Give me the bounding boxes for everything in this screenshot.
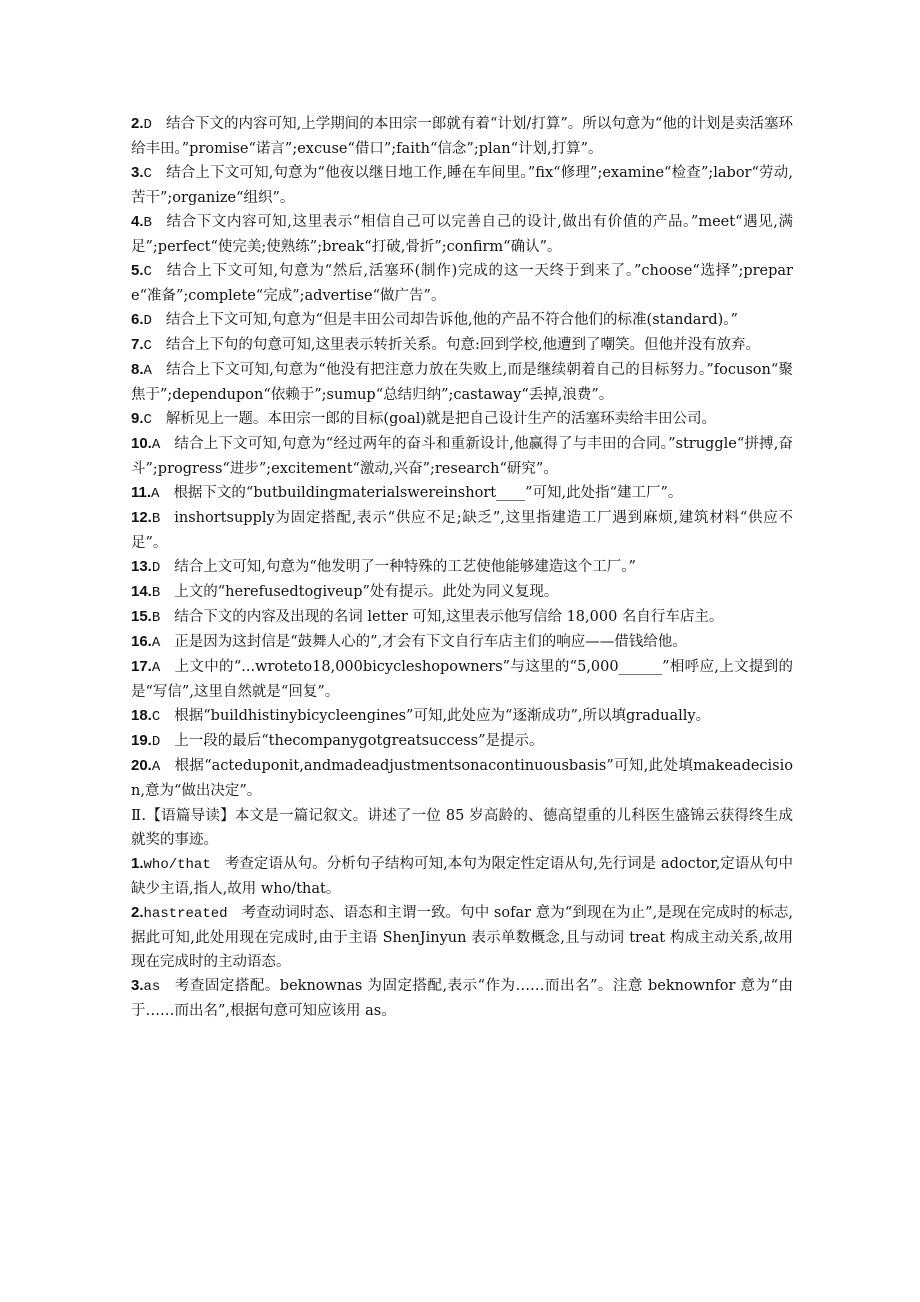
item-answer: who/that (144, 857, 211, 873)
item-number: 2. (131, 904, 144, 921)
item-number: 2. (131, 115, 144, 132)
section-intro-text: 【语篇导读】本文是一篇记叙文。讲述了一位 85 岁高龄的、德高望重的儿科医生盛锦… (131, 808, 793, 848)
item-answer: C (152, 709, 160, 725)
section-number: Ⅱ. (131, 806, 146, 824)
item-answer: A (152, 635, 160, 651)
answer-item-13: 13.D结合上文可知,句意为“他发明了一种特殊的工艺使他能够建造这个工厂。” (131, 555, 793, 580)
answer-item-9: 9.C解析见上一题。本田宗一郎的目标(goal)就是把自己设计生产的活塞环卖给丰… (131, 407, 793, 432)
item-number: 7. (131, 336, 144, 353)
answer-item-18: 18.C根据“buildhistinybicycleengines”可知,此处应… (131, 704, 793, 729)
answer-item-17: 17.A上文中的“...wroteto18,000bicycleshopowne… (131, 655, 793, 704)
item-explanation: 正是因为这封信是“鼓舞人心的”,才会有下文自行车店主们的响应——借钱给他。 (174, 634, 686, 650)
answer-item-12: 12.Binshortsupply为固定搭配,表示“供应不足;缺乏”,这里指建造… (131, 506, 793, 555)
item-answer: B (144, 215, 152, 231)
item-number: 11. (131, 484, 151, 501)
answer-item-4: 4.B结合下文内容可知,这里表示“相信自己可以完善自己的设计,做出有价值的产品。… (131, 210, 793, 259)
item-number: 12. (131, 509, 152, 526)
item-explanation: 考查固定搭配。beknownas 为固定搭配,表示“作为……而出名”。注意 be… (131, 978, 793, 1019)
item-number: 1. (131, 855, 144, 872)
item-explanation: 上文中的“...wroteto18,000bicycleshopowners”与… (131, 659, 793, 700)
item-explanation: 结合上下文可知,句意为“他夜以继日地工作,睡在车间里。”fix“修理”;exam… (131, 165, 793, 206)
item-answer: A (152, 437, 160, 453)
grammar-answer-3: 3.as考查固定搭配。beknownas 为固定搭配,表示“作为……而出名”。注… (131, 974, 793, 1023)
item-answer: C (144, 264, 152, 280)
item-number: 14. (131, 583, 152, 600)
item-answer: A (152, 759, 160, 775)
item-number: 8. (131, 361, 144, 378)
item-explanation: 结合上下文可知,句意为“经过两年的奋斗和重新设计,他赢得了与丰田的合同。”str… (131, 436, 793, 477)
item-explanation: 根据“buildhistinybicycleengines”可知,此处应为“逐渐… (174, 708, 710, 724)
item-explanation: 结合上文可知,句意为“他发明了一种特殊的工艺使他能够建造这个工厂。” (174, 559, 636, 575)
answer-item-7: 7.C结合上下句的句意可知,这里表示转折关系。句意:回到学校,他遭到了嘲笑。但他… (131, 333, 793, 358)
item-number: 9. (131, 410, 144, 427)
item-number: 3. (131, 977, 144, 994)
item-answer: D (144, 313, 152, 329)
item-answer: A (152, 660, 160, 676)
item-number: 15. (131, 608, 152, 625)
item-explanation: 结合下文的内容可知,上学期间的本田宗一郎就有着“计划/打算”。所以句意为“他的计… (131, 116, 793, 157)
item-answer: B (152, 610, 160, 626)
item-answer: D (152, 560, 160, 576)
item-answer: B (152, 585, 160, 601)
grammar-answer-1: 1.who/that考查定语从句。分析句子结构可知,本句为限定性定语从句,先行词… (131, 852, 793, 901)
answer-item-5: 5.C结合上下文可知,句意为“然后,活塞环(制作)完成的这一天终于到来了。”ch… (131, 259, 793, 308)
item-explanation: 上一段的最后“thecompanygotgreatsuccess”是提示。 (174, 733, 543, 749)
answer-item-16: 16.A正是因为这封信是“鼓舞人心的”,才会有下文自行车店主们的响应——借钱给他… (131, 630, 793, 655)
item-number: 17. (131, 658, 152, 675)
grammar-answer-2: 2.hastreated考查动词时态、语态和主谓一致。句中 sofar 意为“到… (131, 901, 793, 974)
item-explanation: 结合下文内容可知,这里表示“相信自己可以完善自己的设计,做出有价值的产品。”me… (131, 214, 793, 255)
item-explanation: 解析见上一题。本田宗一郎的目标(goal)就是把自己设计生产的活塞环卖给丰田公司… (166, 411, 716, 427)
item-answer: C (144, 412, 152, 428)
item-number: 5. (131, 262, 144, 279)
item-explanation: 考查动词时态、语态和主谓一致。句中 sofar 意为“到现在为止”,是现在完成时… (131, 905, 793, 970)
answer-item-14: 14.B上文的“herefusedtogiveup”处有提示。此处为同义复现。 (131, 580, 793, 605)
item-answer: D (144, 117, 152, 133)
answer-item-8: 8.A结合上下文可知,句意为“他没有把注意力放在失败上,而是继续朝着自己的目标努… (131, 358, 793, 407)
item-answer: as (144, 979, 161, 995)
item-explanation: 结合上下句的句意可知,这里表示转折关系。句意:回到学校,他遭到了嘲笑。但他并没有… (166, 337, 760, 353)
item-number: 3. (131, 164, 144, 181)
answer-item-3: 3.C结合上下文可知,句意为“他夜以继日地工作,睡在车间里。”fix“修理”;e… (131, 161, 793, 210)
item-number: 20. (131, 757, 152, 774)
item-answer: C (144, 166, 152, 182)
item-number: 16. (131, 633, 152, 650)
item-explanation: 结合上下文可知,句意为“然后,活塞环(制作)完成的这一天终于到来了。”choos… (131, 263, 793, 304)
item-explanation: 结合下文的内容及出现的名词 letter 可知,这里表示他写信给 18,000 … (174, 609, 723, 625)
section-2-intro: Ⅱ.【语篇导读】本文是一篇记叙文。讲述了一位 85 岁高龄的、德高望重的儿科医生… (131, 803, 793, 852)
item-number: 4. (131, 213, 144, 230)
item-answer: D (152, 734, 160, 750)
item-explanation: 根据“acteduponit,andmadeadjustmentsonacont… (131, 758, 793, 799)
item-number: 13. (131, 558, 152, 575)
item-number: 10. (131, 435, 152, 452)
item-explanation: 结合上下文可知,句意为“但是丰田公司却告诉他,他的产品不符合他们的标准(stan… (166, 312, 738, 328)
item-explanation: inshortsupply为固定搭配,表示“供应不足;缺乏”,这里指建造工厂遇到… (131, 510, 793, 551)
answer-item-20: 20.A根据“acteduponit,andmadeadjustmentsona… (131, 754, 793, 803)
answer-item-2: 2.D结合下文的内容可知,上学期间的本田宗一郎就有着“计划/打算”。所以句意为“… (131, 112, 793, 161)
item-number: 19. (131, 732, 152, 749)
item-explanation: 结合上下文可知,句意为“他没有把注意力放在失败上,而是继续朝着自己的目标努力。”… (131, 362, 793, 403)
item-explanation: 根据下文的“butbuildingmaterialswereinshort___… (173, 485, 682, 501)
item-answer: hastreated (144, 906, 228, 922)
answer-item-11: 11.A根据下文的“butbuildingmaterialswereinshor… (131, 481, 793, 506)
item-answer: A (151, 486, 159, 502)
item-answer: A (144, 363, 152, 379)
item-explanation: 上文的“herefusedtogiveup”处有提示。此处为同义复现。 (174, 584, 558, 600)
answer-item-6: 6.D结合上下文可知,句意为“但是丰田公司却告诉他,他的产品不符合他们的标准(s… (131, 308, 793, 333)
item-answer: C (144, 338, 152, 354)
item-answer: B (152, 511, 160, 527)
item-number: 18. (131, 707, 152, 724)
answer-key-page: 2.D结合下文的内容可知,上学期间的本田宗一郎就有着“计划/打算”。所以句意为“… (131, 112, 793, 1023)
answer-item-15: 15.B结合下文的内容及出现的名词 letter 可知,这里表示他写信给 18,… (131, 605, 793, 630)
item-number: 6. (131, 311, 144, 328)
answer-item-10: 10.A结合上下文可知,句意为“经过两年的奋斗和重新设计,他赢得了与丰田的合同。… (131, 432, 793, 481)
answer-item-19: 19.D上一段的最后“thecompanygotgreatsuccess”是提示… (131, 729, 793, 754)
item-explanation: 考查定语从句。分析句子结构可知,本句为限定性定语从句,先行词是 adoctor,… (131, 856, 793, 897)
